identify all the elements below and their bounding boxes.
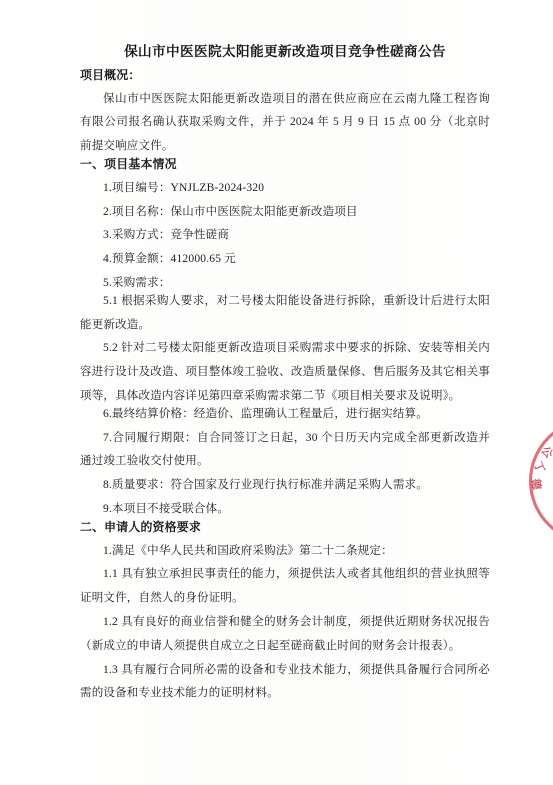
text-line: 1.3 具有履行合同所必需的设备和专业技术能力，须提供具备履行合同所必 [80,659,490,683]
announcement-body: 保山市中医医院太阳能更新改造项目竞争性磋商公告项目概况：保山市中医医院太阳能更新… [80,40,490,706]
section-heading: 二、申请人的资格要求 [80,516,490,540]
text-line: 能更新改造。 [80,314,490,338]
text-line: 容进行设计及改造、项目整体竣工验收、改造质量保修、售后服务及其它相关事 [80,361,490,385]
section-heading: 项目概况： [80,64,490,88]
text-line: 5.2 针对二号楼太阳能更新改造项目采购需求中要求的拆除、安装等相关内 [80,337,490,361]
text-line: 5.1 根据采购人要求，对二号楼太阳能设备进行拆除，重新设计后进行太阳 [80,290,490,314]
text-line: 通过竣工验收交付使用。 [80,450,490,474]
section-heading: 一、项目基本情况 [80,153,490,177]
text-line: 8.质量要求：符合国家及行业现行执行标准并满足采购人需求。 [80,474,490,498]
text-line: 3.采购方式：竞争性磋商 [80,224,490,248]
text-line: 4.预算金额：412000.65 元 [80,248,490,272]
text-line: 证明文件，自然人的身份证明。 [80,587,490,611]
text-line: 有限公司报名确认获取采购文件，并于 2024 年 5 月 9 日 15 点 00… [80,111,490,135]
text-line: 1.1 具有独立承担民事责任的能力，须提供法人或者其他组织的营业执照等 [80,563,490,587]
document-page: 保山市中医医院太阳能更新改造项目竞争性磋商公告项目概况：保山市中医医院太阳能更新… [0,0,553,785]
text-line: 需的设备和专业技术能力的证明材料。 [80,682,490,706]
document-title: 保山市中医医院太阳能更新改造项目竞争性磋商公告 [80,40,490,64]
text-line: 7.合同履行期限：自合同签订之日起，30 个日历天内完成全部更新改造并 [80,427,490,451]
text-line: 1.2 具有良好的商业信誉和健全的财务会计制度，须提供近期财务状况报告 [80,611,490,635]
text-line: 1.满足《中华人民共和国政府采购法》第二十二条规定： [80,540,490,564]
text-line: 1.项目编号：YNJLZB-2024-320 [80,177,490,201]
text-line: （新成立的申请人须提供自成立之日起至磋商截止时间的财务会计报表）。 [80,635,490,659]
text-line: 保山市中医医院太阳能更新改造项目的潜在供应商应在云南九隆工程咨询 [80,88,490,112]
seal-text-glyph: 德 [528,478,545,491]
text-line: 2.项目名称：保山市中医医院太阳能更新改造项目 [80,201,490,225]
